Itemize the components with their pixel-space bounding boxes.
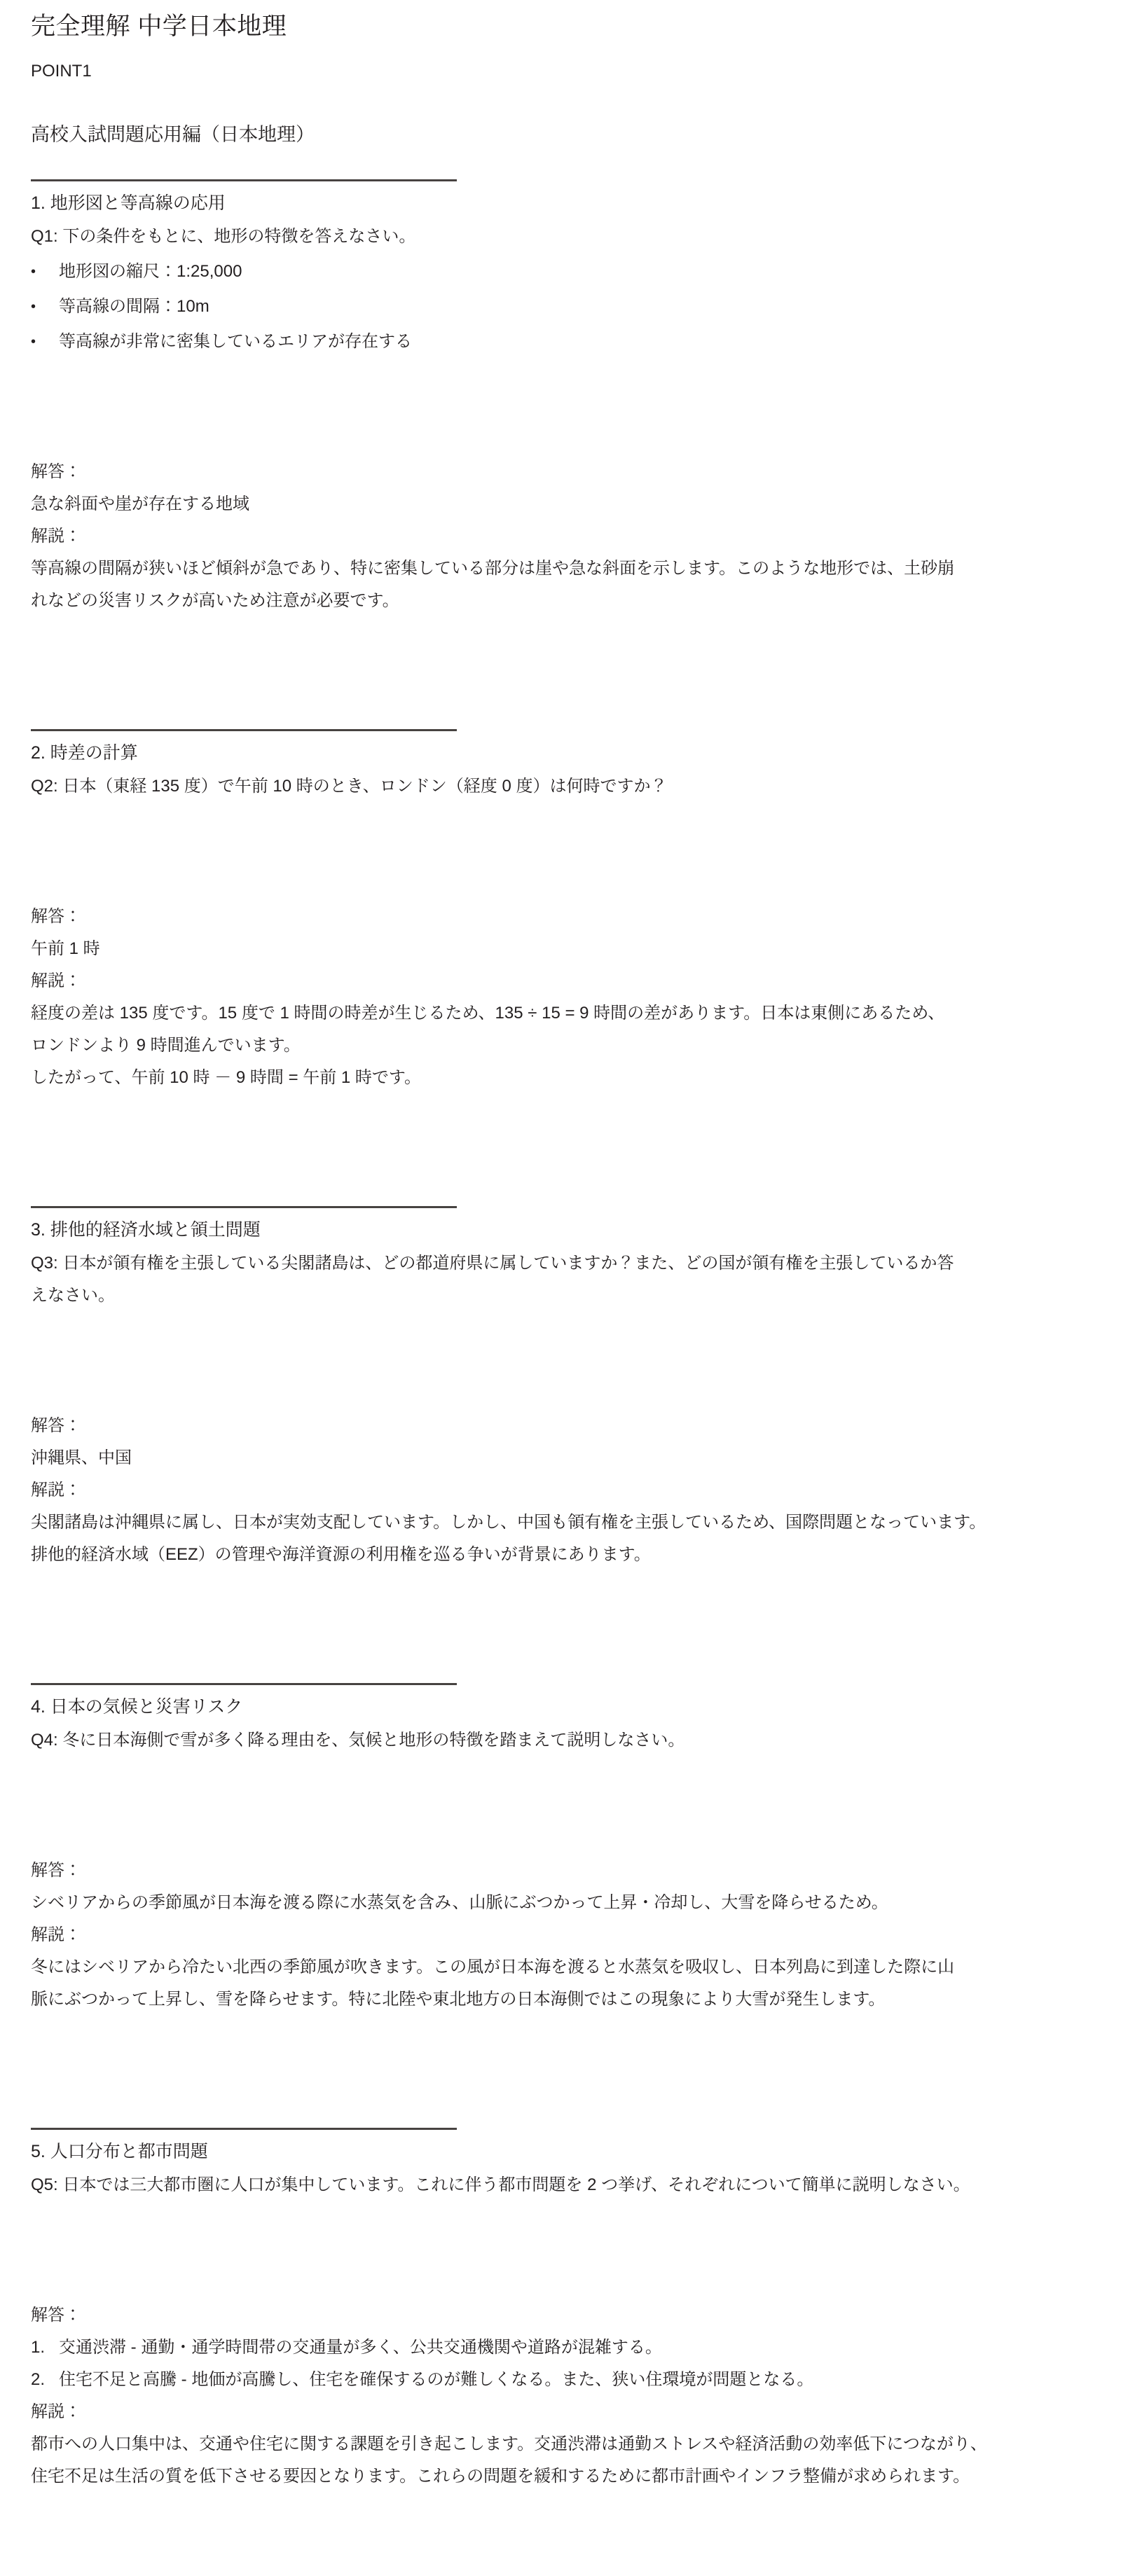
list-number: 2. bbox=[31, 2364, 59, 2396]
answer-list-item: 1. 交通渋滞 - 通勤・通学時間帯の交通量が多く、公共交通機関や道路が混雑する… bbox=[31, 2332, 1093, 2364]
explanation-label: 解説： bbox=[31, 965, 1093, 997]
page-title: 完全理解 中学日本地理 bbox=[31, 10, 1093, 43]
answer-label: 解答： bbox=[31, 456, 1093, 488]
answer-text: 急な斜面や崖が存在する地域 bbox=[31, 488, 1093, 520]
answer-text: 住宅不足と高騰 - 地価が高騰し、住宅を確保するのが難しくなる。また、狭い住環境… bbox=[59, 2364, 813, 2396]
section-divider bbox=[31, 179, 457, 181]
question-text: Q5: 日本では三大都市圏に人口が集中しています。これに伴う都市問題を 2 つ挙… bbox=[31, 2169, 1093, 2201]
answer-text: 午前 1 時 bbox=[31, 933, 1093, 965]
question-text: Q3: 日本が領有権を主張している尖閣諸島は、どの都道府県に属していますか？また… bbox=[31, 1247, 1093, 1280]
answer-text: 沖縄県、中国 bbox=[31, 1442, 1093, 1474]
section-divider bbox=[31, 729, 457, 731]
explanation-text: 経度の差は 135 度です。15 度で 1 時間の時差が生じるため、135 ÷ … bbox=[31, 997, 1093, 1030]
answer-label: 解答： bbox=[31, 1855, 1093, 1887]
section-heading: 1. 地形図と等高線の応用 bbox=[31, 187, 1093, 219]
question-text: えなさい。 bbox=[31, 1280, 1093, 1312]
explanation-text: 排他的経済水域（EEZ）の管理や海洋資源の利用権を巡る争いが背景にあります。 bbox=[31, 1539, 1093, 1571]
explanation-label: 解説： bbox=[31, 520, 1093, 553]
explanation-text: 等高線の間隔が狭いほど傾斜が急であり、特に密集している部分は崖や急な斜面を示しま… bbox=[31, 553, 1093, 585]
answer-text: 交通渋滞 - 通勤・通学時間帯の交通量が多く、公共交通機関や道路が混雑する。 bbox=[59, 2332, 662, 2364]
section-divider bbox=[31, 1683, 457, 1685]
section-divider bbox=[31, 2128, 457, 2130]
document-subtitle: 高校入試問題応用編（日本地理） bbox=[31, 118, 1093, 151]
bullet-item: • 等高線が非常に密集しているエリアが存在する bbox=[31, 326, 1093, 358]
section-heading: 3. 排他的経済水域と領土問題 bbox=[31, 1214, 1093, 1246]
document-page: 完全理解 中学日本地理 POINT1 高校入試問題応用編（日本地理） 1. 地形… bbox=[0, 0, 1121, 2576]
question-text: Q2: 日本（東経 135 度）で午前 10 時のとき、ロンドン（経度 0 度）… bbox=[31, 770, 1093, 803]
section-divider bbox=[31, 1206, 457, 1208]
explanation-text: 都市への人口集中は、交通や住宅に関する課題を引き起こします。交通渋滞は通勤ストレ… bbox=[31, 2428, 1093, 2460]
explanation-label: 解説： bbox=[31, 1919, 1093, 1951]
explanation-text: 脈にぶつかって上昇し、雪を降らせます。特に北陸や東北地方の日本海側ではこの現象に… bbox=[31, 1983, 1093, 2016]
explanation-text: ロンドンより 9 時間進んでいます。 bbox=[31, 1030, 1093, 1062]
bullet-icon: • bbox=[31, 326, 59, 358]
bullet-text: 等高線の間隔：10m bbox=[59, 291, 209, 323]
question-text: Q4: 冬に日本海側で雪が多く降る理由を、気候と地形の特徴を踏まえて説明しなさい… bbox=[31, 1724, 1093, 1757]
explanation-text: したがって、午前 10 時 － 9 時間 = 午前 1 時です。 bbox=[31, 1062, 1093, 1094]
explanation-text: 冬にはシベリアから冷たい北西の季節風が吹きます。この風が日本海を渡ると水蒸気を吸… bbox=[31, 1951, 1093, 1983]
point-label: POINT1 bbox=[31, 55, 1093, 88]
explanation-text: 尖閣諸島は沖縄県に属し、日本が実効支配しています。しかし、中国も領有権を主張して… bbox=[31, 1507, 1093, 1539]
bullet-text: 地形図の縮尺：1:25,000 bbox=[59, 256, 242, 288]
explanation-text: れなどの災害リスクが高いため注意が必要です。 bbox=[31, 585, 1093, 617]
answer-label: 解答： bbox=[31, 901, 1093, 933]
question-text: Q1: 下の条件をもとに、地形の特徴を答えなさい。 bbox=[31, 221, 1093, 253]
explanation-text: 住宅不足は生活の質を低下させる要因となります。これらの問題を緩和するために都市計… bbox=[31, 2460, 1093, 2493]
bullet-text: 等高線が非常に密集しているエリアが存在する bbox=[59, 326, 412, 358]
bullet-item: • 地形図の縮尺：1:25,000 bbox=[31, 256, 1093, 288]
answer-list-item: 2. 住宅不足と高騰 - 地価が高騰し、住宅を確保するのが難しくなる。また、狭い… bbox=[31, 2364, 1093, 2396]
list-number: 1. bbox=[31, 2332, 59, 2364]
explanation-label: 解説： bbox=[31, 2396, 1093, 2428]
answer-text: シベリアからの季節風が日本海を渡る際に水蒸気を含み、山脈にぶつかって上昇・冷却し… bbox=[31, 1887, 1093, 1919]
section-heading: 2. 時差の計算 bbox=[31, 737, 1093, 769]
bullet-icon: • bbox=[31, 291, 59, 323]
section-heading: 4. 日本の気候と災害リスク bbox=[31, 1691, 1093, 1723]
explanation-label: 解説： bbox=[31, 1474, 1093, 1507]
bullet-item: • 等高線の間隔：10m bbox=[31, 291, 1093, 323]
answer-label: 解答： bbox=[31, 2299, 1093, 2332]
answer-label: 解答： bbox=[31, 1410, 1093, 1442]
bullet-icon: • bbox=[31, 256, 59, 288]
section-heading: 5. 人口分布と都市問題 bbox=[31, 2135, 1093, 2168]
